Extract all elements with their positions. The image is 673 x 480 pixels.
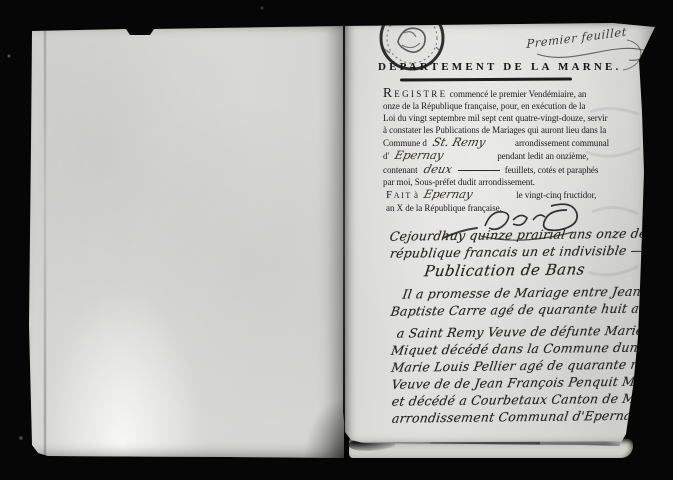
printed-text: Registre [383, 85, 447, 100]
printed-text: contenant [383, 165, 420, 175]
page-crease-line [44, 25, 46, 458]
printed-blank-rule [458, 169, 500, 171]
manuscript-line: Publication de Bans [423, 260, 671, 280]
scan-backdrop: { "scan": { "backdrop_color": "#060606",… [0, 0, 673, 480]
manuscript-section: Cejourdhuy quinze prairial ans onze de l… [390, 224, 672, 426]
handwritten-entry: St. Remy [431, 136, 512, 148]
manuscript-line: arrondissement Communal d'Epernay [391, 406, 673, 426]
printed-text: onze de la République française, pour, e… [383, 101, 585, 111]
register-page: Premier feuillet DÉPARTEMENT DE LA MARNE… [343, 22, 658, 448]
page-fold-edge [343, 22, 345, 448]
left-blank-page [28, 25, 344, 458]
printed-text: Loi du vingt septembre mil sept cent qua… [383, 113, 608, 123]
gutter-shadow [304, 398, 344, 458]
heading-rule [400, 78, 572, 82]
printed-text: à constater les Publications de Mariages… [383, 125, 606, 135]
manuscript-line: Baptiste Carre agé de quarante huit ans … [390, 299, 672, 319]
printed-text: d' [383, 151, 391, 161]
manuscript-line: et décédé a Courbetaux Canton de Montmir… [391, 389, 673, 409]
printed-text: Commune d [383, 138, 429, 148]
manuscript-line: république francais un et indivisible —— [389, 241, 671, 261]
printed-text: à [412, 190, 420, 200]
printed-text: Fait [386, 189, 412, 201]
handwritten-entry: Epernay [394, 149, 495, 161]
printed-text: pendant ledit an onzième, [497, 151, 588, 161]
handwritten-entry: deux [422, 163, 455, 175]
document-heading: DÉPARTEMENT DE LA MARNE. [378, 61, 593, 73]
printed-text: par moi, Sous-préfet dudit arrondissemen… [383, 177, 535, 187]
printed-text: commencé le premier Vendémiaire, an [447, 89, 586, 99]
